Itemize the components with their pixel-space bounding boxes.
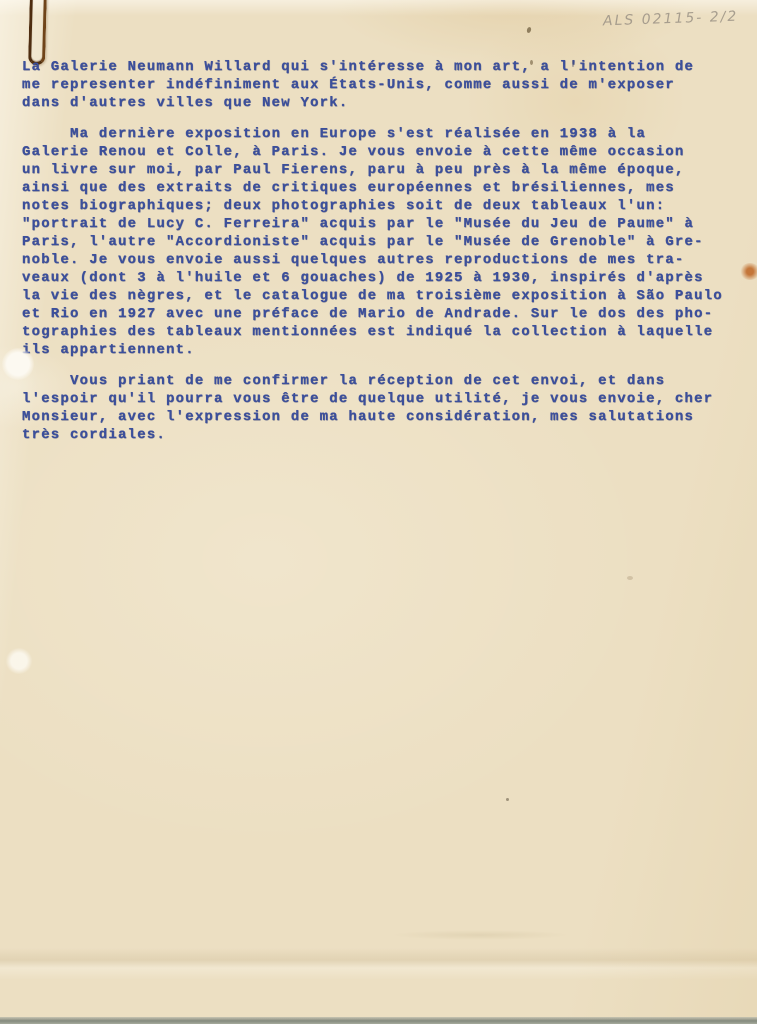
page-bottom-shadow <box>0 1017 757 1024</box>
letter-page: ALS 02115- 2/2 La Galerie Neumann Willar… <box>0 0 757 1018</box>
letter-body: La Galerie Neumann Willard qui s'intéres… <box>22 58 744 457</box>
paper-speck <box>526 27 532 34</box>
scan-backdrop: ALS 02115- 2/2 La Galerie Neumann Willar… <box>0 0 757 1024</box>
letter-paragraph: Vous priant de me confirmer la réception… <box>22 372 744 444</box>
letter-paragraph: La Galerie Neumann Willard qui s'intéres… <box>22 58 744 112</box>
paper-speck <box>506 798 509 801</box>
paperclip <box>28 0 47 65</box>
archival-annotation: ALS 02115- 2/2 <box>602 9 738 30</box>
paper-hole <box>5 648 33 674</box>
paper-speck <box>627 576 633 580</box>
letter-paragraph: Ma dernière exposition en Europe s'est r… <box>22 125 744 359</box>
paper-crease <box>390 930 570 940</box>
